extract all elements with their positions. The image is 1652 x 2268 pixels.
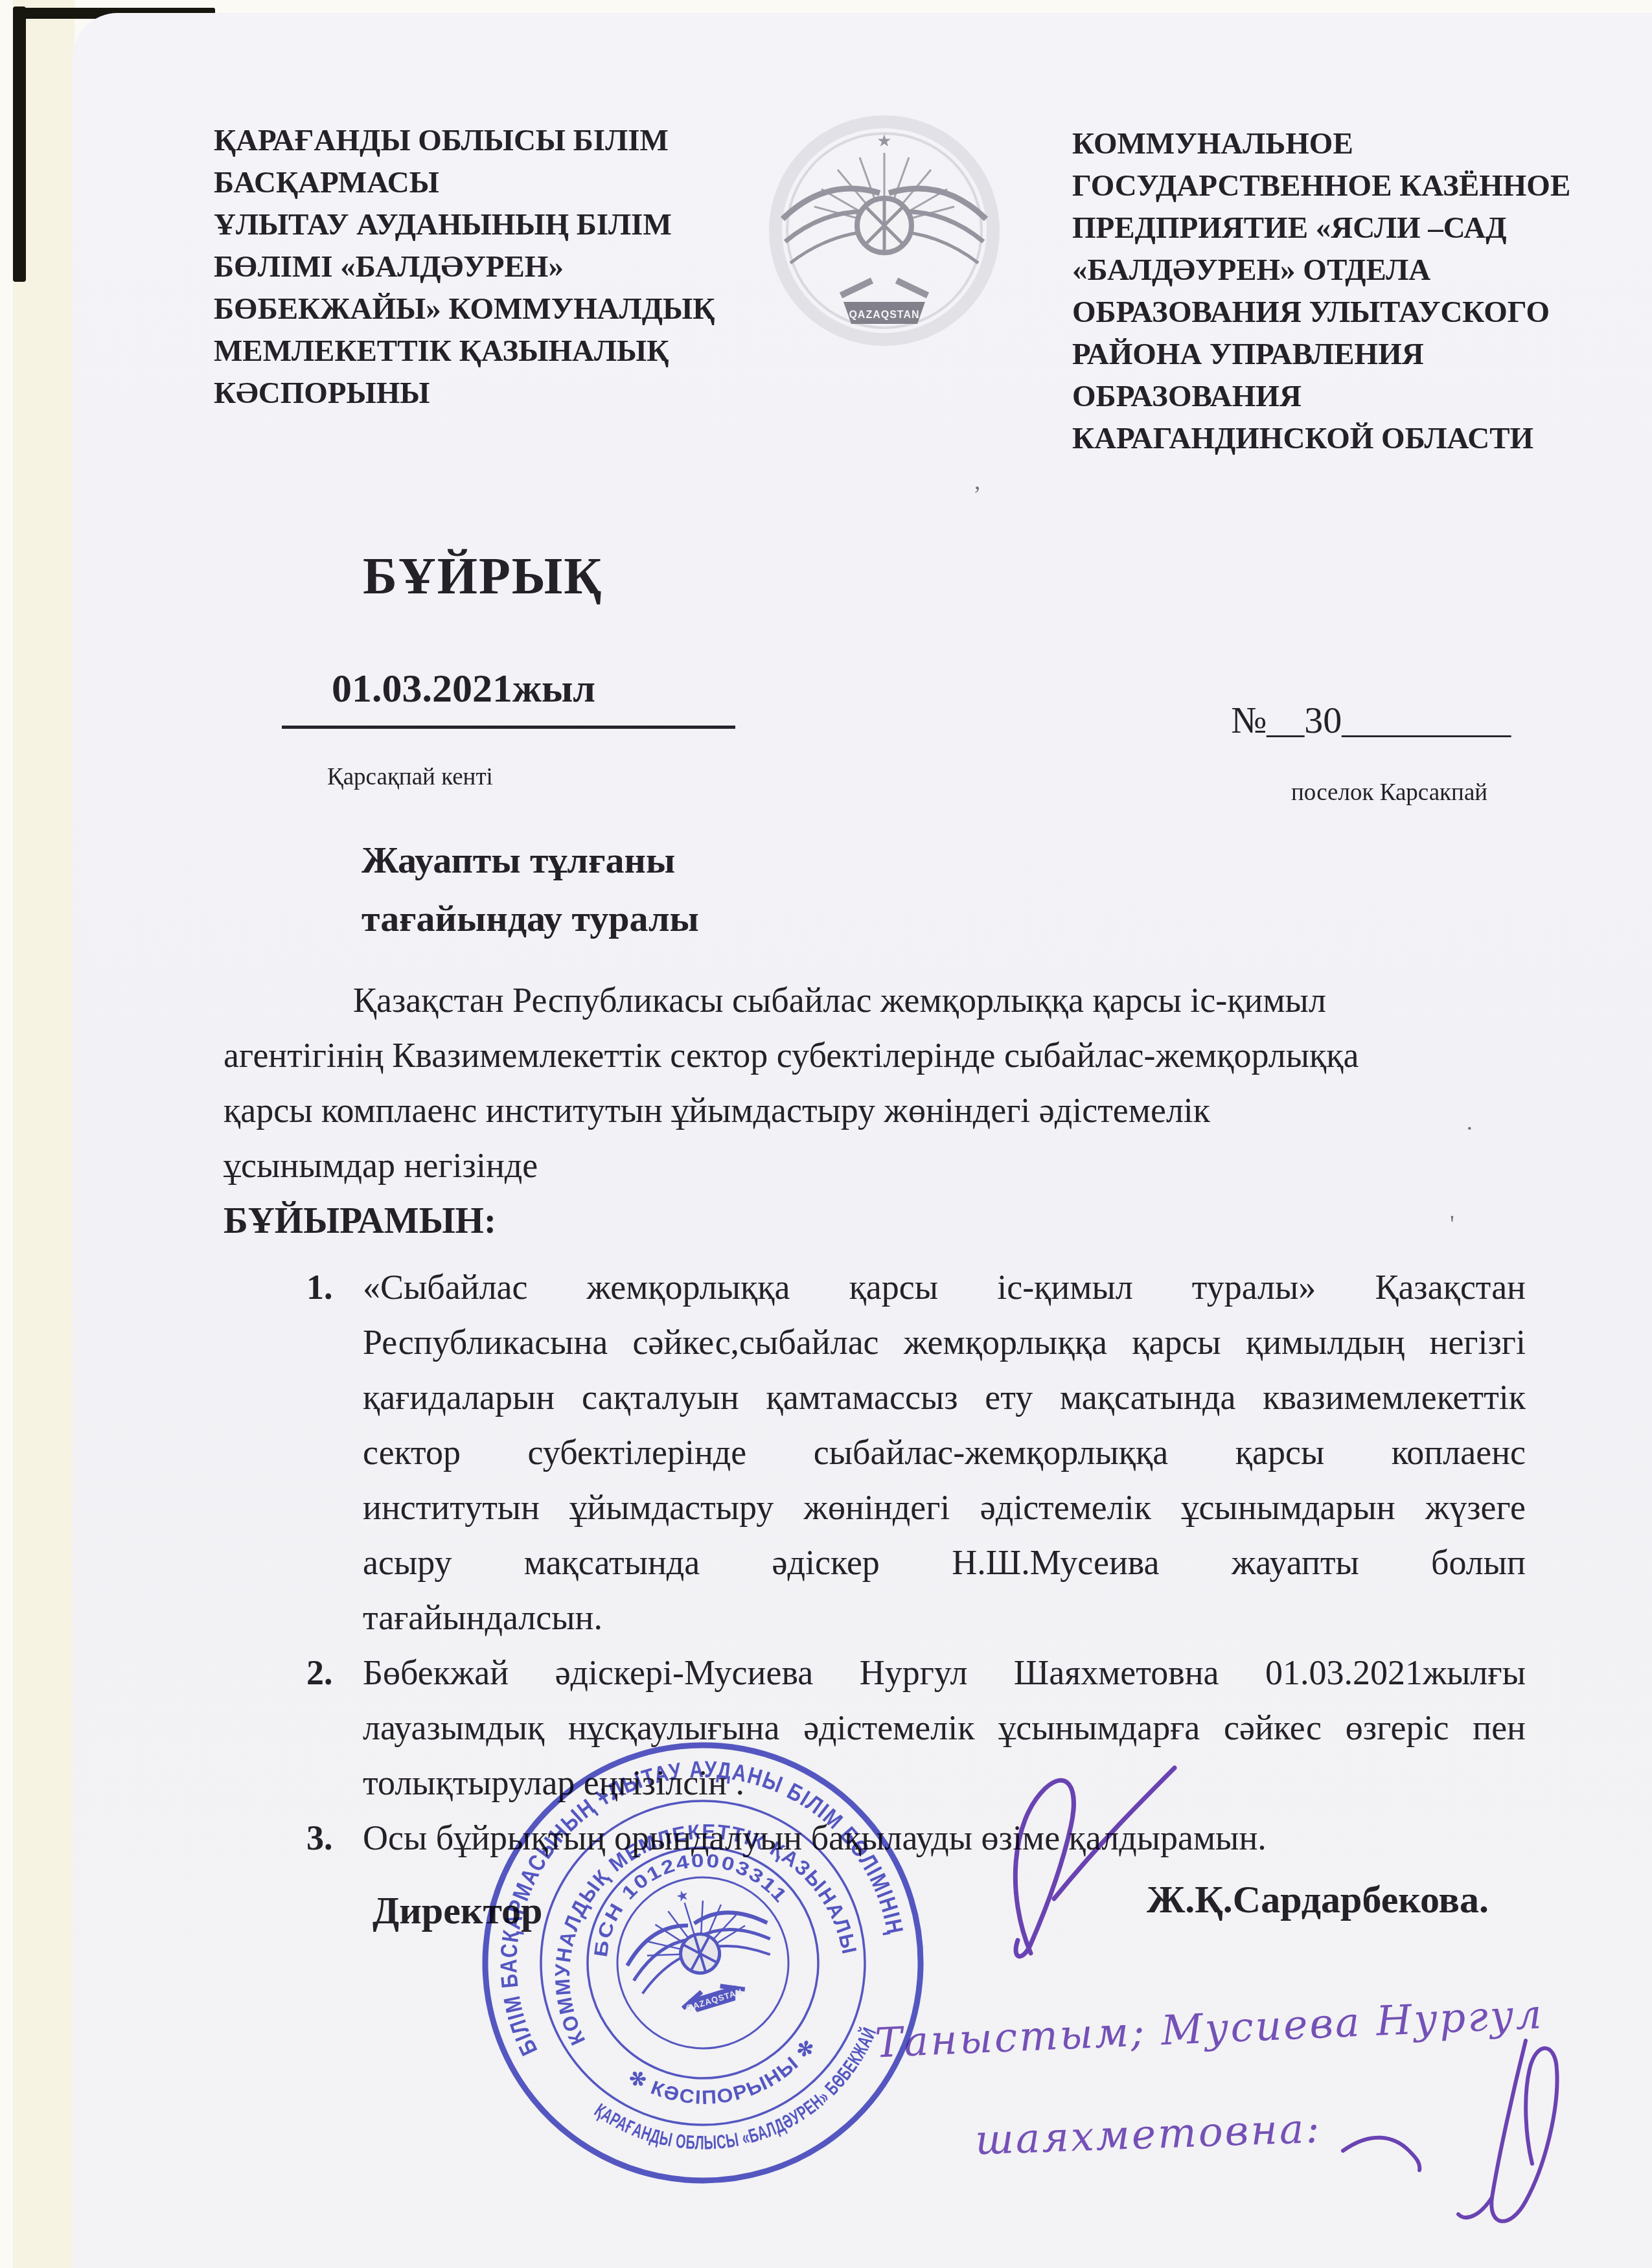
scanner-backing-strip — [13, 0, 75, 2268]
org-kk-line: КӘСПОРЫНЫ — [214, 372, 745, 415]
order-number: №__30_________ — [1231, 698, 1511, 742]
item-line: тағайындалсын. — [363, 1590, 1526, 1645]
item-number: 2. — [306, 1645, 333, 1701]
org-ru-line: ПРЕДПРИЯТИЕ «ЯСЛИ –САД — [1072, 207, 1577, 249]
org-ru-line: КОММУНАЛЬНОЕ — [1072, 123, 1577, 165]
org-ru-line: ГОСУДАРСТВЕННОЕ КАЗЁННОЕ — [1072, 165, 1577, 207]
round-stamp: БІЛІМ БАСҚАРМАСЫНЫҢ ҰЛЫТАУ АУДАНЫ БІЛІМ … — [476, 1736, 930, 2190]
order-title: БҰЙРЫҚ — [363, 547, 602, 606]
item-line: Бөбекжай әдіскері-Мусиева Нургул Шаяхмет… — [363, 1645, 1526, 1701]
subject-line: Жауапты тұлғаны — [361, 831, 699, 889]
org-kk-line: БАСҚАРМАСЫ — [214, 162, 745, 204]
scan-speck: ’ — [973, 481, 981, 509]
preamble-line: Қазақстан Республикасы сыбайлас жемқорлы… — [224, 973, 1526, 1028]
org-kk-line: МЕМЛЕКЕТТІК ҚАЗЫНАЛЫҚ — [214, 330, 745, 372]
place-label-russian: поселок Карсакпай — [1291, 779, 1487, 807]
preamble-line: агентігінің Квазимемлекеттік сектор субе… — [224, 1028, 1526, 1083]
emblem-star-icon: ★ — [877, 132, 891, 150]
org-ru-line: РАЙОНА УПРАВЛЕНИЯ — [1072, 334, 1577, 376]
preamble-line: қарсы комплаенс институтын ұйымдастыру ж… — [224, 1083, 1526, 1138]
director-signature — [969, 1759, 1182, 1966]
org-kk-line: БӨЛІМІ «БАЛДӘУРЕН» — [214, 246, 745, 288]
item-line: асыру мақсатында әдіскер Н.Ш.Мусеива жау… — [363, 1535, 1526, 1590]
order-preamble: Қазақстан Республикасы сыбайлас жемқорлы… — [224, 973, 1526, 1248]
item-line: «Сыбайлас жемқорлыққа қарсы іс-қимыл тур… — [363, 1260, 1526, 1315]
item-line: сектор субектілерінде сыбайлас-жемқорлық… — [363, 1425, 1526, 1480]
order-subject: Жауапты тұлғаны тағайындау туралы — [361, 831, 699, 948]
org-ru-line: ОБРАЗОВАНИЯ — [1072, 376, 1577, 418]
org-name-russian: КОММУНАЛЬНОЕ ГОСУДАРСТВЕННОЕ КАЗЁННОЕ ПР… — [1072, 123, 1577, 460]
decree-word: БҰЙЫРАМЫН: — [224, 1193, 1526, 1248]
scan-speck: · — [1465, 1114, 1474, 1143]
scanner-edge-shadow-vertical — [13, 6, 26, 282]
signatory-name: Ж.Қ.Сардарбекова. — [1147, 1877, 1489, 1922]
org-ru-line: «БАЛДӘУРЕН» ОТДЕЛА — [1072, 249, 1577, 292]
org-name-kazakh: ҚАРАҒАНДЫ ОБЛЫСЫ БІЛІМ БАСҚАРМАСЫ ҰЛЫТАУ… — [214, 120, 745, 415]
date-underline — [282, 726, 735, 729]
item-number: 3. — [306, 1811, 333, 1866]
stamp-star-icon: ★ — [676, 1888, 689, 1904]
org-ru-line: КАРАГАНДИНСКОЙ ОБЛАСТИ — [1072, 418, 1577, 460]
kazakhstan-state-emblem: ★ QAZAQSTAN — [751, 115, 1017, 356]
item-line: институтын ұйымдастыру жөніндегі әдістем… — [363, 1480, 1526, 1535]
kazakhstan-emblem-icon: ★ QAZAQSTAN — [751, 115, 1017, 356]
methodist-signature — [1331, 2021, 1603, 2254]
subject-line: тағайындау туралы — [361, 889, 699, 948]
scanned-order-document: { "header": { "org_kk_lines": [ "ҚАРАҒАН… — [0, 0, 1652, 2268]
item-number: 1. — [306, 1260, 333, 1315]
scan-speck: ' — [1450, 1210, 1454, 1239]
org-kk-line: ҚАРАҒАНДЫ ОБЛЫСЫ БІЛІМ — [214, 120, 745, 162]
preamble-line: ұсынымдар негізінде — [224, 1138, 1526, 1193]
order-date: 01.03.2021жыл — [332, 666, 595, 712]
org-kk-line: БӨБЕКЖАЙЫ» КОММУНАЛДЫҚ — [214, 288, 745, 330]
org-ru-line: ОБРАЗОВАНИЯ УЛЫТАУСКОГО — [1072, 292, 1577, 334]
item-line: Республикасына сәйкес,сыбайлас жемқорлық… — [363, 1315, 1526, 1370]
stamp-ring1-top-text: БІЛІМ БАСҚАРМАСЫНЫҢ ҰЛЫТАУ АУДАНЫ БІЛІМ … — [476, 1736, 913, 2061]
item-line: қағидаларын сақталуын қамтамассыз ету ма… — [363, 1370, 1526, 1425]
order-item-1: 1. «Сыбайлас жемқорлыққа қарсы іс-қимыл … — [224, 1260, 1526, 1645]
place-label-kazakh: Қарсақпай кенті — [327, 763, 493, 791]
emblem-caption: QAZAQSTAN — [849, 310, 919, 321]
scan-speck: ˏ — [1039, 1649, 1046, 1671]
org-kk-line: ҰЛЫТАУ АУДАНЫНЫҢ БІЛІМ — [214, 204, 745, 246]
svg-text:БІЛІМ БАСҚАРМАСЫНЫҢ ҰЛЫТАУ АУД: БІЛІМ БАСҚАРМАСЫНЫҢ ҰЛЫТАУ АУДАНЫ БІЛІМ … — [476, 1736, 913, 2061]
